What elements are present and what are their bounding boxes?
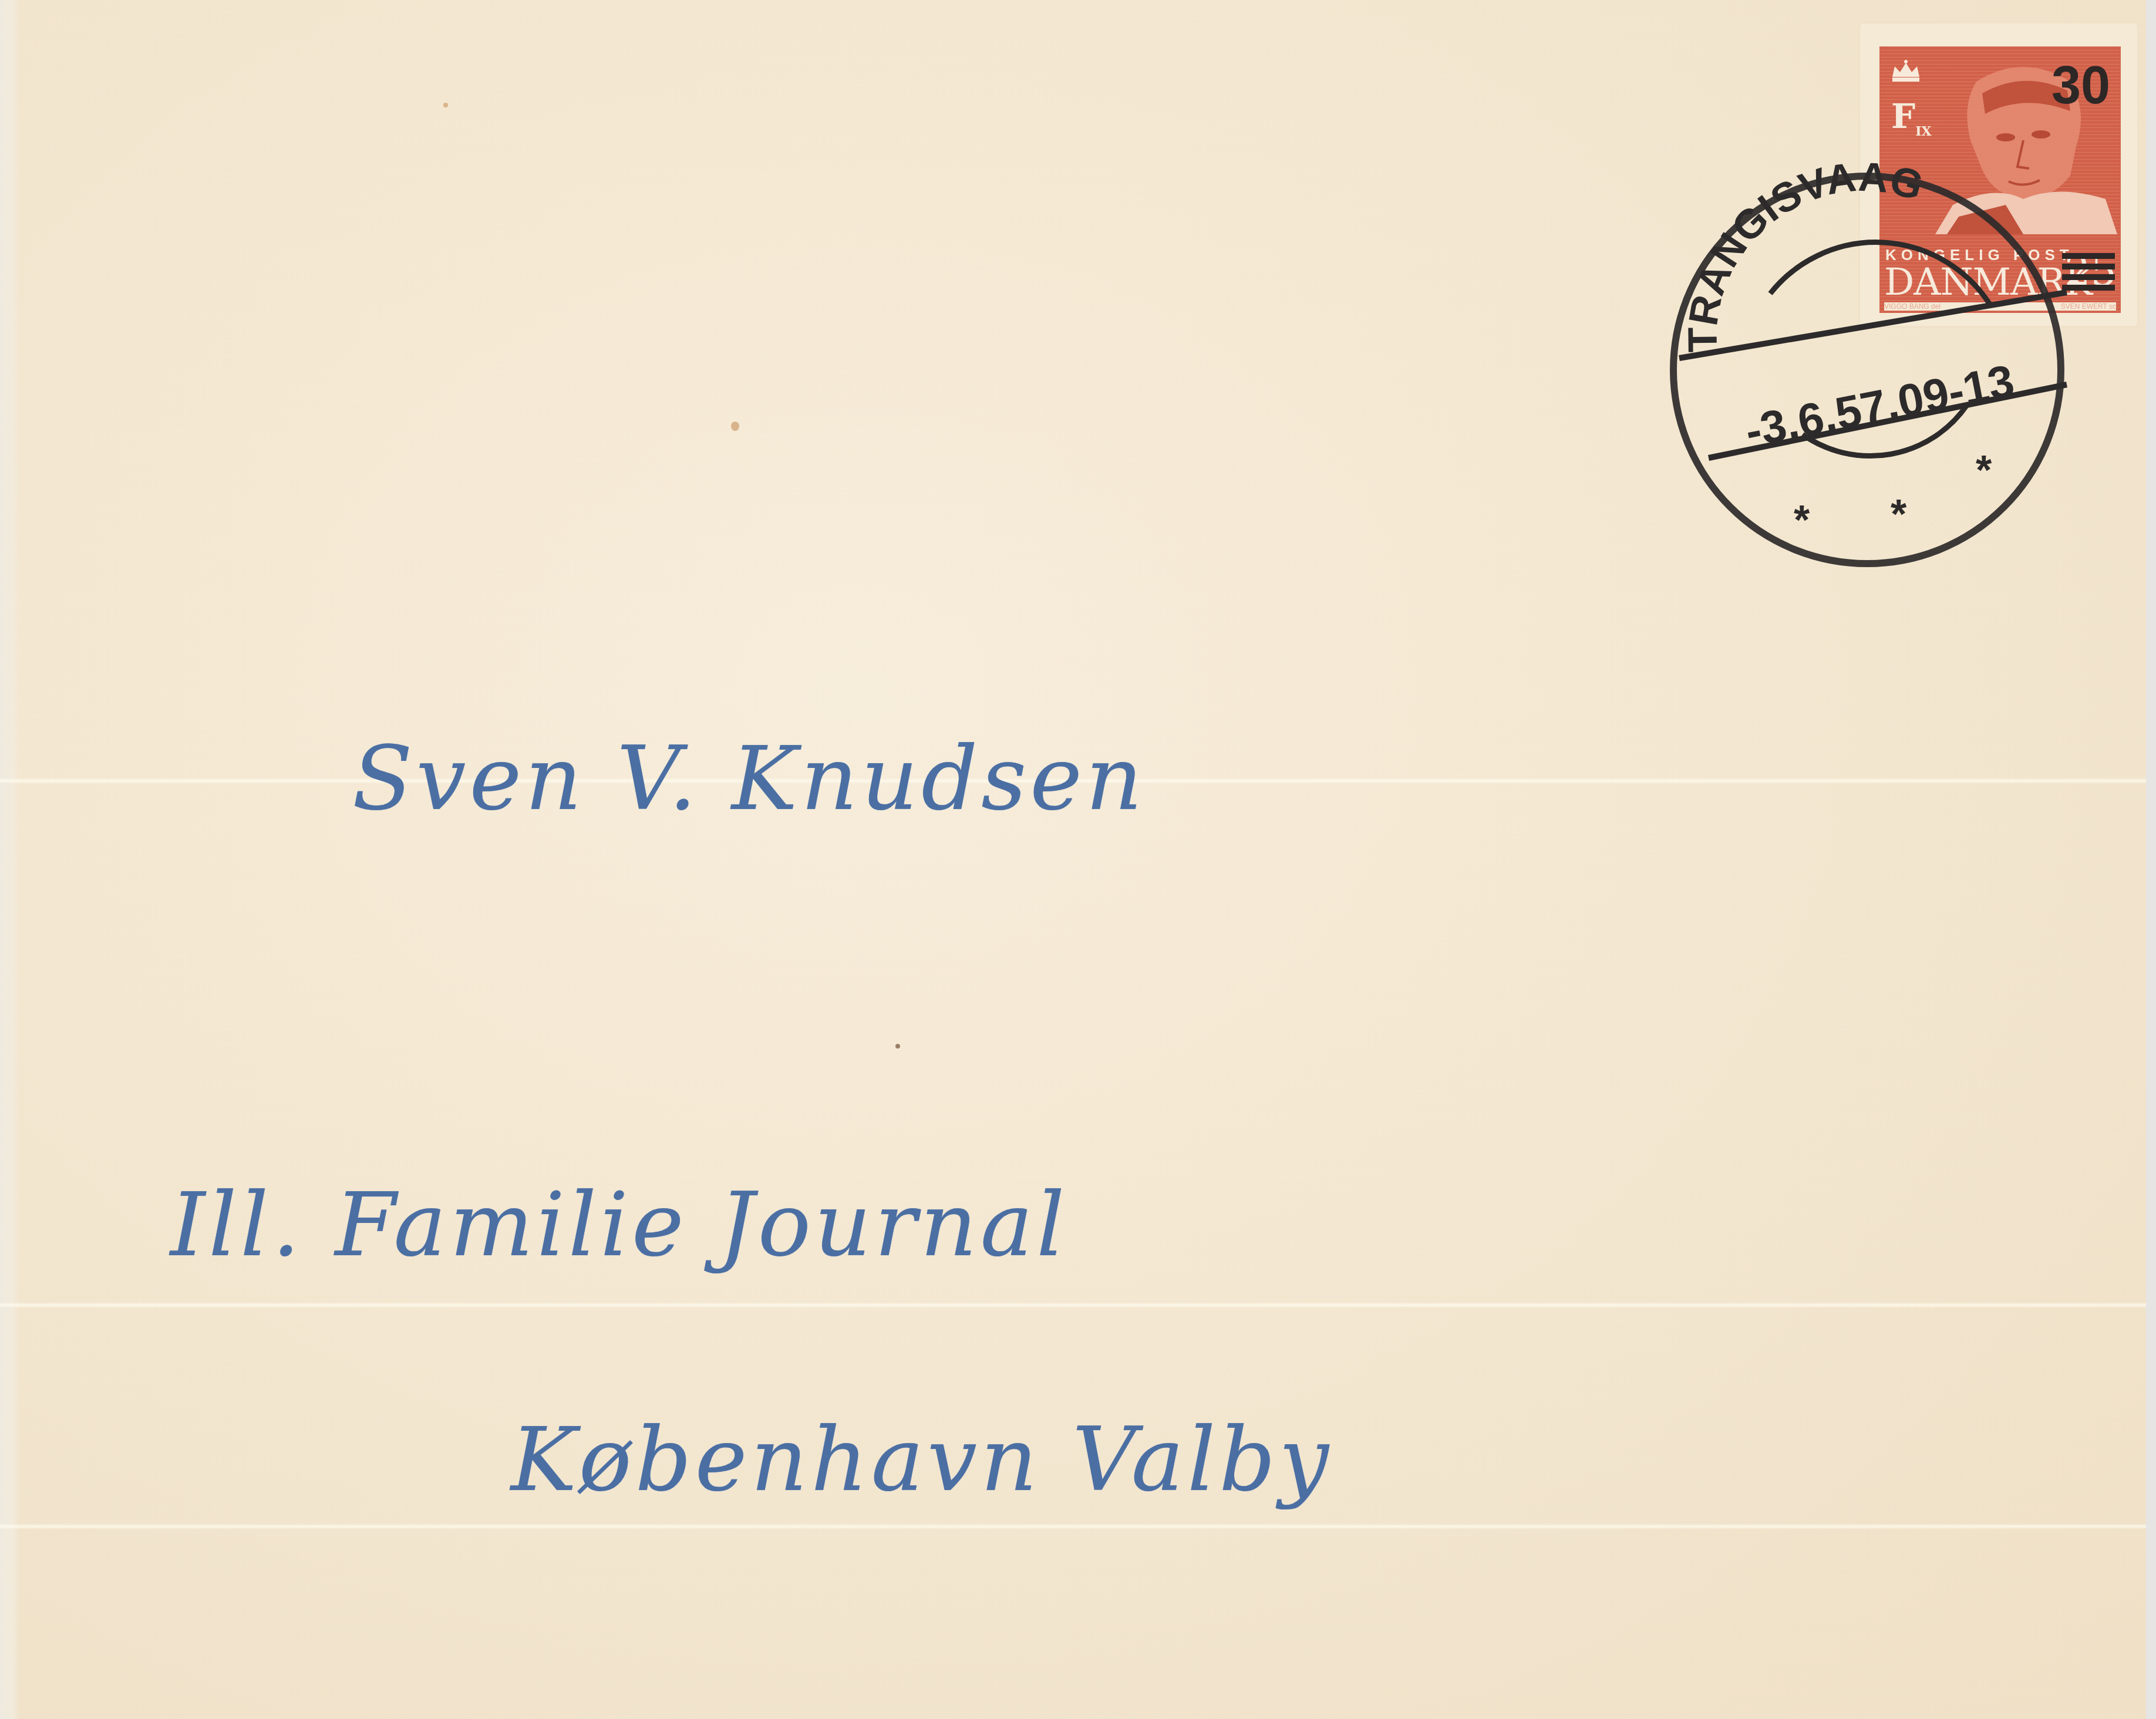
stain-spot bbox=[895, 1044, 900, 1049]
torn-left-edge bbox=[0, 0, 20, 1719]
postmark-star: * bbox=[1794, 497, 1810, 543]
postmark-star: * bbox=[1891, 491, 1907, 537]
address-line-publication: Ill. Familie Journal bbox=[170, 1174, 1068, 1276]
stain-spot bbox=[443, 103, 448, 107]
royal-monogram: FIX bbox=[1891, 99, 1932, 138]
postmark-date: -3.6.57.09-13 bbox=[1741, 355, 2018, 457]
fold-crease bbox=[0, 1302, 2146, 1308]
crown-icon bbox=[1890, 59, 1922, 83]
recipient-name: Sven V. Knudsen bbox=[352, 728, 1146, 830]
postmark-cancellation: TRANGISVAAG -3.6.57.09-13 * * * bbox=[1662, 159, 2084, 581]
fold-crease bbox=[0, 1523, 2146, 1529]
surcharge-value: 30 bbox=[2051, 59, 2110, 112]
address-line-city: København Valby bbox=[511, 1409, 1332, 1511]
stain-spot bbox=[731, 422, 739, 431]
envelope: FIX 30 KONGELIG POST DANMARK 25 VIGGO BA… bbox=[0, 0, 2146, 1719]
postmark-star: * bbox=[1976, 447, 1992, 493]
